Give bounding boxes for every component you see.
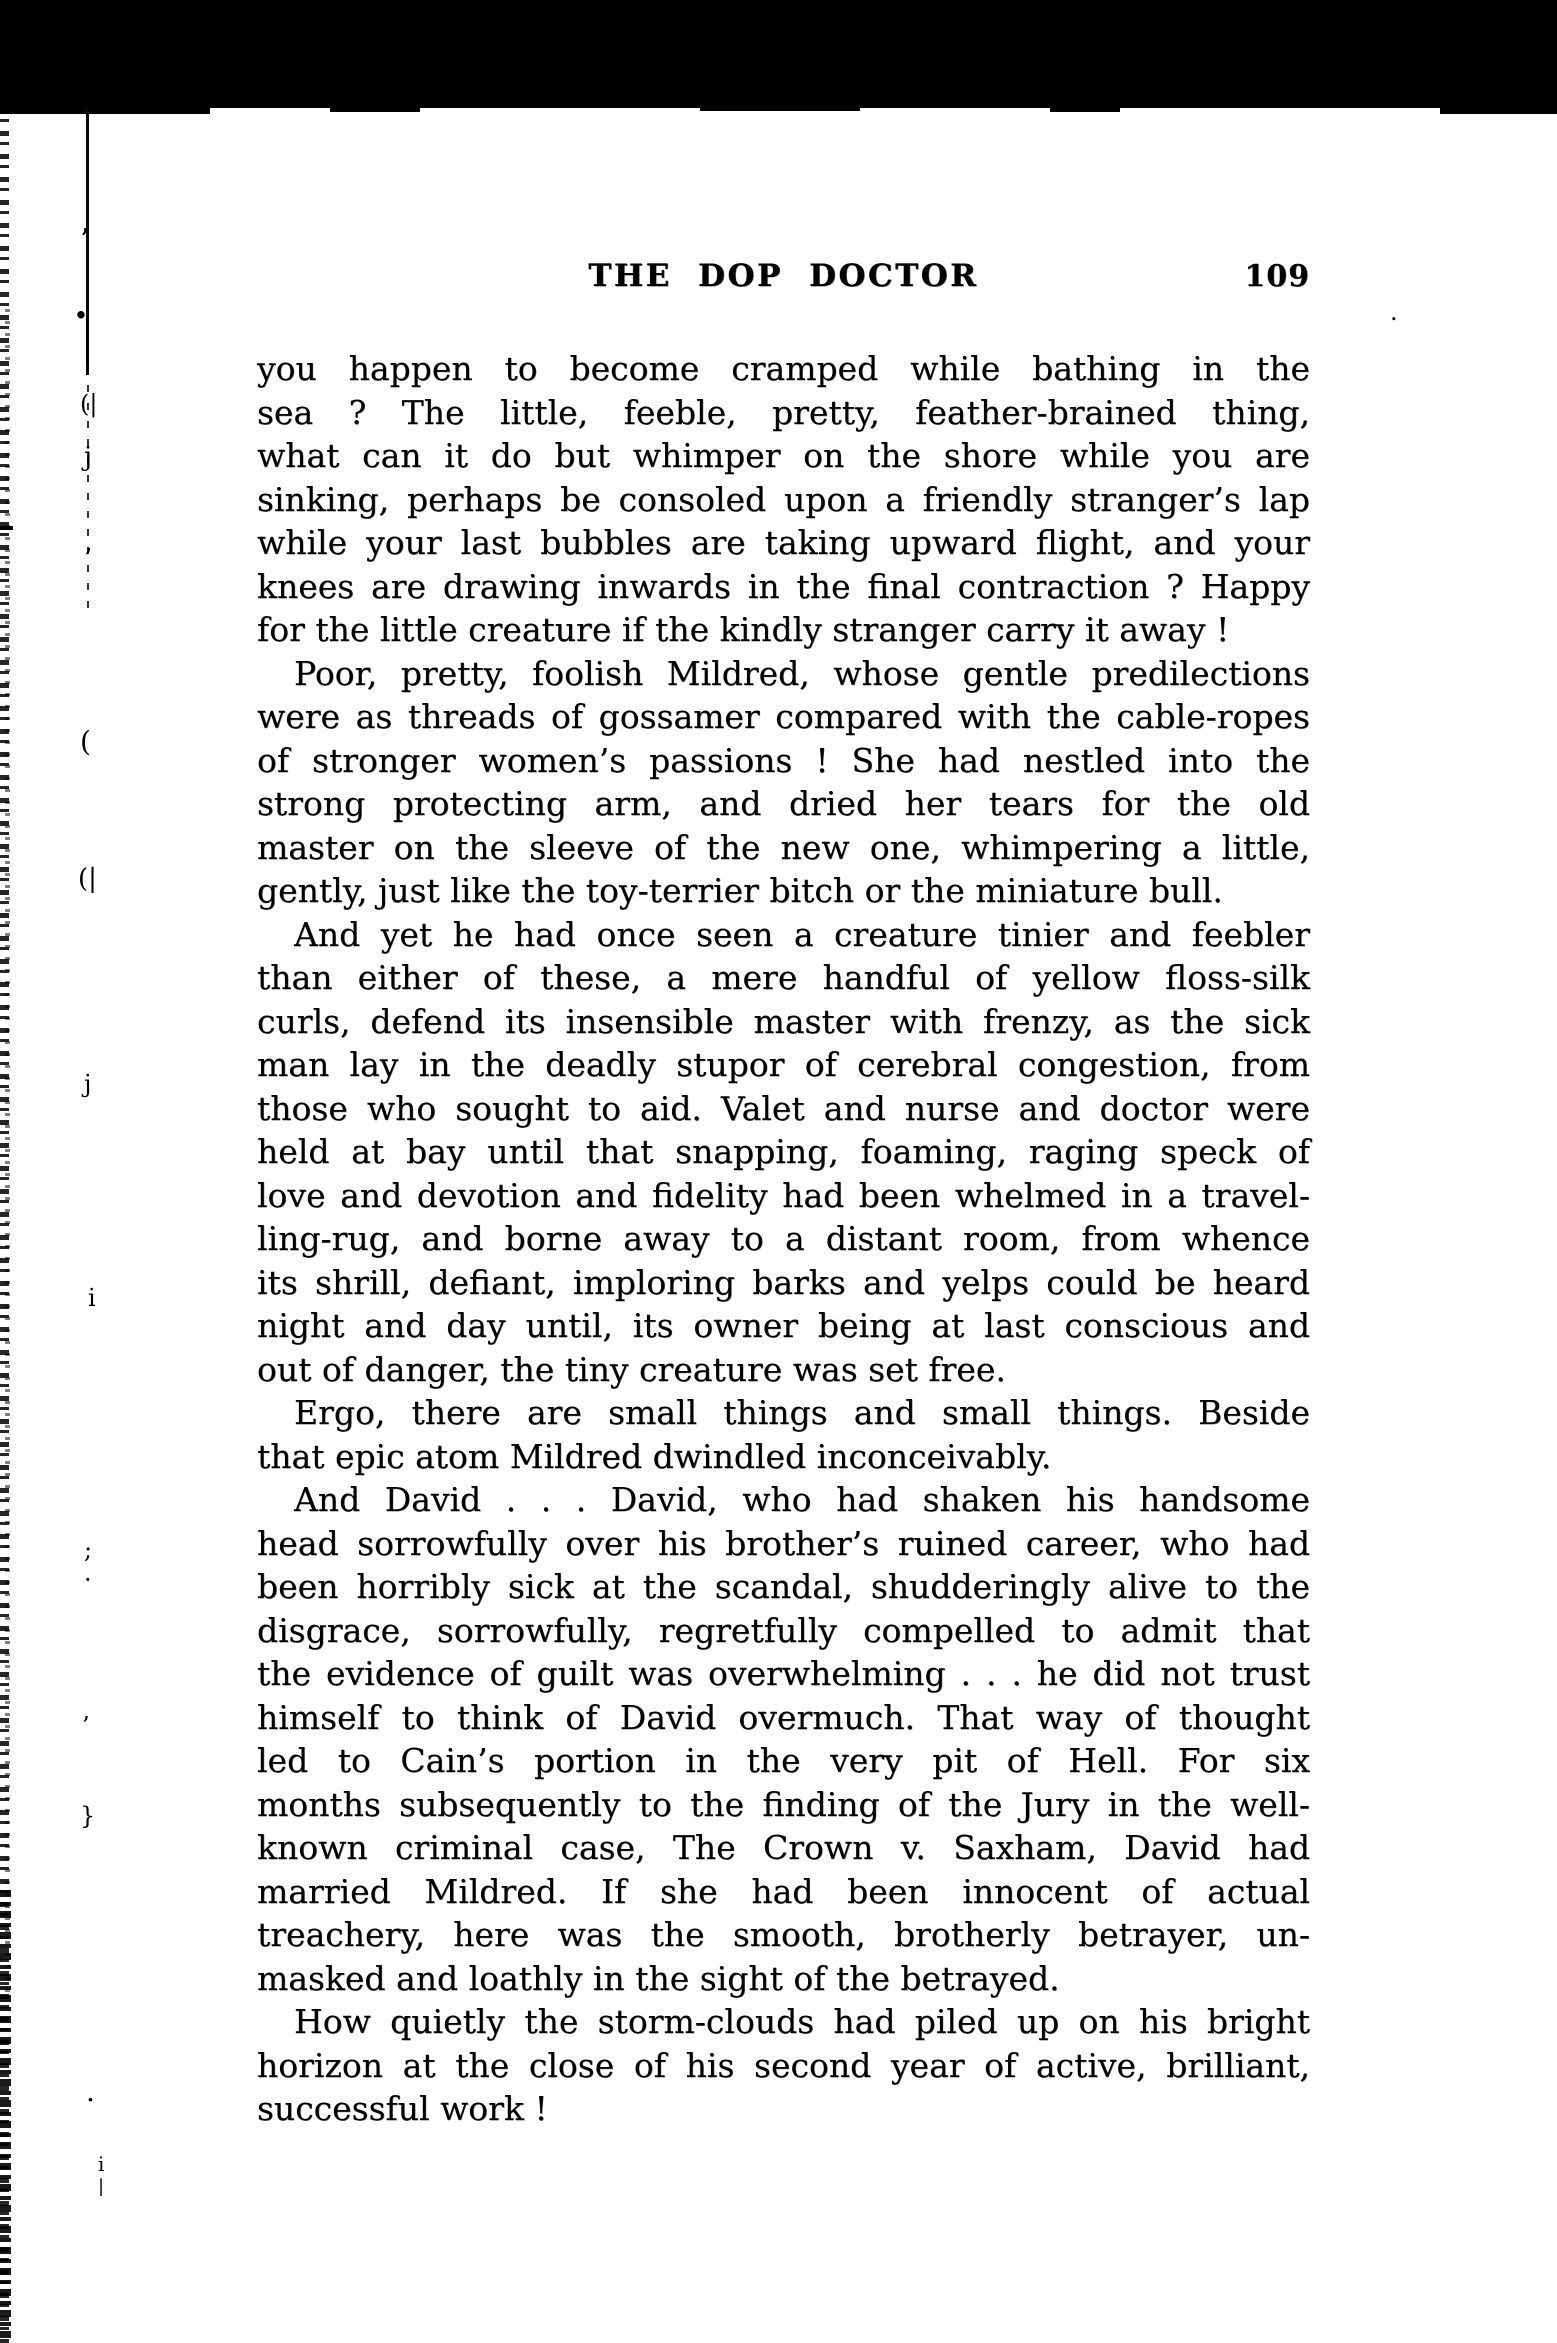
scan-artifact: i xyxy=(88,1286,96,1310)
scan-artifact xyxy=(700,106,860,111)
text-line: Ergo, there are small things and small t… xyxy=(257,1391,1310,1435)
text-line: than either of these, a mere handful of … xyxy=(257,956,1310,1000)
text-line: those who sought to aid. Valet and nurse… xyxy=(257,1087,1310,1131)
text-line: led to Cain’s portion in the very pit of… xyxy=(257,1739,1310,1783)
scan-artifact: i xyxy=(98,2154,104,2174)
text-line: master on the sleeve of the new one, whi… xyxy=(257,826,1310,870)
text-line: ling-rug, and borne away to a distant ro… xyxy=(257,1217,1310,1261)
page-number: 109 xyxy=(1244,259,1310,294)
text-line: of stronger women’s passions ! She had n… xyxy=(257,739,1310,783)
text-line: successful work ! xyxy=(257,2087,1310,2131)
text-line: love and devotion and fidelity had been … xyxy=(257,1174,1310,1218)
text-line: man lay in the deadly stupor of cerebral… xyxy=(257,1043,1310,1087)
text-line: treachery, here was the smooth, brotherl… xyxy=(257,1913,1310,1957)
text-line: gently, just like the toy-terrier bitch … xyxy=(257,869,1310,913)
running-title: THE DOP DOCTOR xyxy=(257,258,1310,294)
scan-artifact: (| xyxy=(80,392,97,416)
scan-fold-line xyxy=(87,385,89,615)
text-line: known criminal case, The Crown v. Saxham… xyxy=(257,1826,1310,1870)
text-line: been horribly sick at the scandal, shudd… xyxy=(257,1565,1310,1609)
text-line: its shrill, defiant, imploring barks and… xyxy=(257,1261,1310,1305)
scan-artifact xyxy=(0,108,210,114)
scan-artifact: ’ xyxy=(84,546,92,572)
text-block: you happen to become cramped while bathi… xyxy=(257,347,1310,2131)
scan-artifact: . xyxy=(86,2078,95,2106)
text-line: And David . . . David, who had shaken hi… xyxy=(257,1478,1310,1522)
page-header: THE DOP DOCTOR 109 xyxy=(257,258,1310,302)
text-line: were as threads of gossamer compared wit… xyxy=(257,695,1310,739)
text-line: you happen to become cramped while bathi… xyxy=(257,347,1310,391)
text-line: while your last bubbles are taking upwar… xyxy=(257,521,1310,565)
text-line: married Mildred. If she had been innocen… xyxy=(257,1870,1310,1914)
text-line: night and day until, its owner being at … xyxy=(257,1304,1310,1348)
text-line: the evidence of guilt was overwhelming .… xyxy=(257,1652,1310,1696)
scan-artifact: . xyxy=(1390,300,1398,324)
text-line: months subsequently to the finding of th… xyxy=(257,1783,1310,1827)
book-page-scan: { "document": { "kind": "scanned book pa… xyxy=(0,0,1557,2343)
text-line: head sorrowfully over his brother’s ruin… xyxy=(257,1522,1310,1566)
scan-left-edge xyxy=(0,1890,11,2343)
text-line: what can it do but whimper on the shore … xyxy=(257,434,1310,478)
scan-left-edge xyxy=(5,300,10,2000)
scan-artifact: (| xyxy=(78,866,97,892)
scan-top-bar xyxy=(0,0,1557,108)
scan-artifact: ’ xyxy=(80,226,90,256)
text-line: held at bay until that snapping, foaming… xyxy=(257,1130,1310,1174)
scan-artifact: ( xyxy=(80,728,91,756)
text-line: knees are drawing inwards in the final c… xyxy=(257,565,1310,609)
scan-artifact: ; xyxy=(84,1538,92,1562)
text-line: sea ? The little, feeble, pretty, feathe… xyxy=(257,391,1310,435)
scan-artifact: · xyxy=(74,296,88,336)
text-line: curls, defend its insensible master with… xyxy=(257,1000,1310,1044)
text-line: out of danger, the tiny creature was set… xyxy=(257,1348,1310,1392)
text-line: horizon at the close of his second year … xyxy=(257,2044,1310,2088)
scan-artifact: | xyxy=(98,2178,104,2196)
text-line: for the little creature if the kindly st… xyxy=(257,608,1310,652)
text-line: that epic atom Mildred dwindled inconcei… xyxy=(257,1435,1310,1479)
scan-artifact xyxy=(330,108,420,112)
text-line: And yet he had once seen a creature tini… xyxy=(257,913,1310,957)
text-line: himself to think of David overmuch. That… xyxy=(257,1696,1310,1740)
text-line: sinking, perhaps be consoled upon a frie… xyxy=(257,478,1310,522)
text-line: strong protecting arm, and dried her tea… xyxy=(257,782,1310,826)
scan-artifact: j xyxy=(84,1072,91,1096)
text-line: Poor, pretty, foolish Mildred, whose gen… xyxy=(257,652,1310,696)
text-line: How quietly the storm-clouds had piled u… xyxy=(257,2000,1310,2044)
text-line: disgrace, sorrowfully, regretfully compe… xyxy=(257,1609,1310,1653)
scan-artifact xyxy=(1440,108,1557,114)
scan-artifact: ’ xyxy=(82,1714,90,1738)
scan-artifact: j xyxy=(84,444,92,470)
scan-artifact xyxy=(1050,108,1120,112)
scan-artifact xyxy=(0,526,13,530)
scan-artifact: } xyxy=(80,1804,95,1828)
text-line: masked and loathly in the sight of the b… xyxy=(257,1957,1310,2001)
scan-artifact: · xyxy=(84,1568,92,1592)
